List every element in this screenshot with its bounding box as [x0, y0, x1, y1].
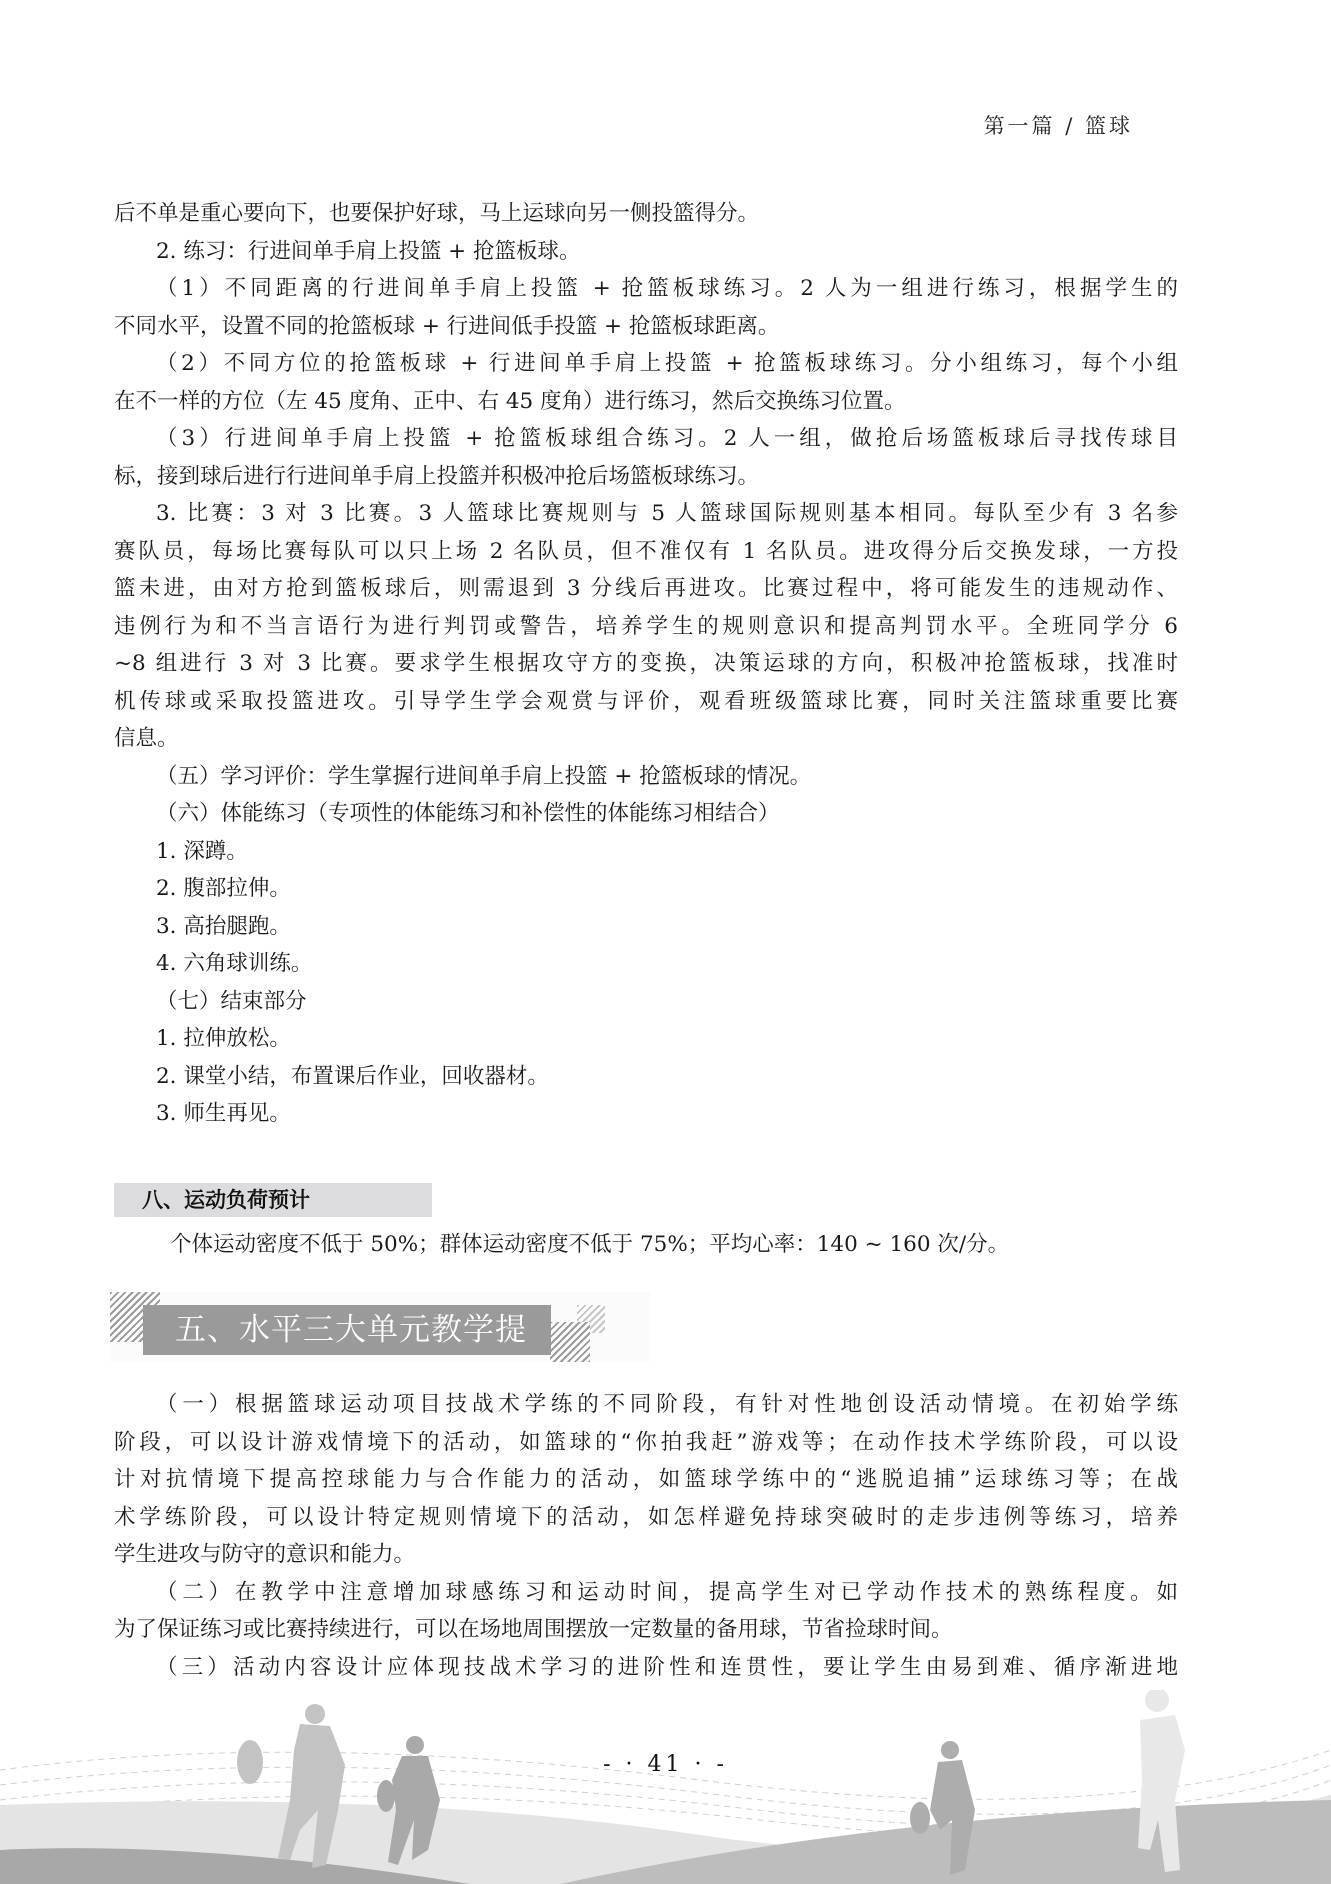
text-line: 2. 练习：行进间单手肩上投篮 + 抢篮板球。 [114, 233, 1178, 271]
text-line: 1. 深蹲。 [114, 833, 1178, 871]
text-line: （三）活动内容设计应体现技战术学习的进阶性和连贯性，要让学生由易到难、循序渐进地 [114, 1649, 1178, 1687]
text-line: 阶段，可以设计游戏情境下的活动，如篮球的“你拍我赶”游戏等；在动作技术学练阶段，… [114, 1424, 1178, 1462]
text-line: （五）学习评价：学生掌握行进间单手肩上投篮 + 抢篮板球的情况。 [114, 758, 1178, 796]
text-line: 1. 拉伸放松。 [114, 1020, 1178, 1058]
basketball-player-silhouette-icon [1138, 1690, 1185, 1872]
text-line: 后不单是重心要向下，也要保护好球，马上运球向另一侧投篮得分。 [114, 195, 1178, 233]
teaching-tips-block: （一）根据篮球运动项目技战术学练的不同阶段，有针对性地创设活动情境。在初始学练阶… [114, 1386, 1178, 1686]
running-head: 第一篇 / 篮球 [984, 110, 1133, 140]
footer-decoration [0, 1690, 1331, 1884]
text-line: 为了保证练习或比赛持续进行，可以在场地周围摆放一定数量的备用球，节省捡球时间。 [114, 1611, 1178, 1649]
text-line: 赛队员，每场比赛每队可以只上场 2 名队员，但不准仅有 1 名队员。进攻得分后交… [114, 533, 1178, 571]
text-line: （2）不同方位的抢篮板球 + 行进间单手肩上投篮 + 抢篮板球练习。分小组练习，… [114, 345, 1178, 383]
lesson-content-block: 后不单是重心要向下，也要保护好球，马上运球向另一侧投篮得分。2. 练习：行进间单… [114, 195, 1178, 1133]
text-line: （3）行进间单手肩上投篮 + 抢篮板球组合练习。2 人一组，做抢后场篮板球后寻找… [114, 420, 1178, 458]
text-line: 3. 比赛：3 对 3 比赛。3 人篮球比赛规则与 5 人篮球国际规则基本相同。… [114, 495, 1178, 533]
text-line: （七）结束部分 [114, 983, 1178, 1021]
text-line: （二）在教学中注意增加球感练习和运动时间，提高学生对已学动作技术的熟练程度。如 [114, 1574, 1178, 1612]
text-line: 标，接到球后进行行进间单手肩上投篮并积极冲抢后场篮板球练习。 [114, 458, 1178, 496]
text-line: 2. 课堂小结，布置课后作业，回收器材。 [114, 1058, 1178, 1096]
text-line: 违例行为和不当言语行为进行判罚或警告，培养学生的规则意识和提高判罚水平。全班同学… [114, 608, 1178, 646]
exercise-load-text: 个体运动密度不低于 50%；群体运动密度不低于 75%；平均心率：140 ~ 1… [170, 1226, 1009, 1263]
text-line: 不同水平，设置不同的抢篮板球 + 行进间低手投篮 + 抢篮板球距离。 [114, 308, 1178, 346]
text-line: 4. 六角球训练。 [114, 945, 1178, 983]
text-line: 计对抗情境下提高控球能力与合作能力的活动，如篮球学练中的“逃脱追捕”运球练习等；… [114, 1461, 1178, 1499]
text-line: （一）根据篮球运动项目技战术学练的不同阶段，有针对性地创设活动情境。在初始学练 [114, 1386, 1178, 1424]
sub-heading-exercise-load: 八、运动负荷预计 [114, 1183, 432, 1217]
section-heading-banner: 五、水平三大单元教学提示 [110, 1292, 650, 1362]
page-number: - · 41 · - [0, 1752, 1331, 1777]
text-line: （1）不同距离的行进间单手肩上投篮 + 抢篮板球练习。2 人为一组进行练习，根据… [114, 270, 1178, 308]
text-line: 在不一样的方位（左 45 度角、正中、右 45 度角）进行练习，然后交换练习位置… [114, 383, 1178, 421]
text-line: 3. 高抬腿跑。 [114, 908, 1178, 946]
text-line: 术学练阶段，可以设计特定规则情境下的活动，如怎样避免持球突破时的走步违例等练习，… [114, 1499, 1178, 1537]
section-title: 五、水平三大单元教学提示 [143, 1305, 551, 1355]
text-line: ~8 组进行 3 对 3 比赛。要求学生根据攻守方的变换，决策运球的方向，积极冲… [114, 645, 1178, 683]
text-line: 2. 腹部拉伸。 [114, 870, 1178, 908]
hatch-decoration-right-bottom-icon [550, 1322, 590, 1362]
text-line: 信息。 [114, 720, 1178, 758]
text-line: 学生进攻与防守的意识和能力。 [114, 1536, 1178, 1574]
text-line: （六）体能练习（专项性的体能练习和补偿性的体能练习相结合） [114, 795, 1178, 833]
text-line: 3. 师生再见。 [114, 1095, 1178, 1133]
text-line: 机传球或采取投篮进攻。引导学生学会观赏与评价，观看班级篮球比赛，同时关注篮球重要… [114, 683, 1178, 721]
text-line: 篮未进，由对方抢到篮板球后，则需退到 3 分线后再进攻。比赛过程中，将可能发生的… [114, 570, 1178, 608]
